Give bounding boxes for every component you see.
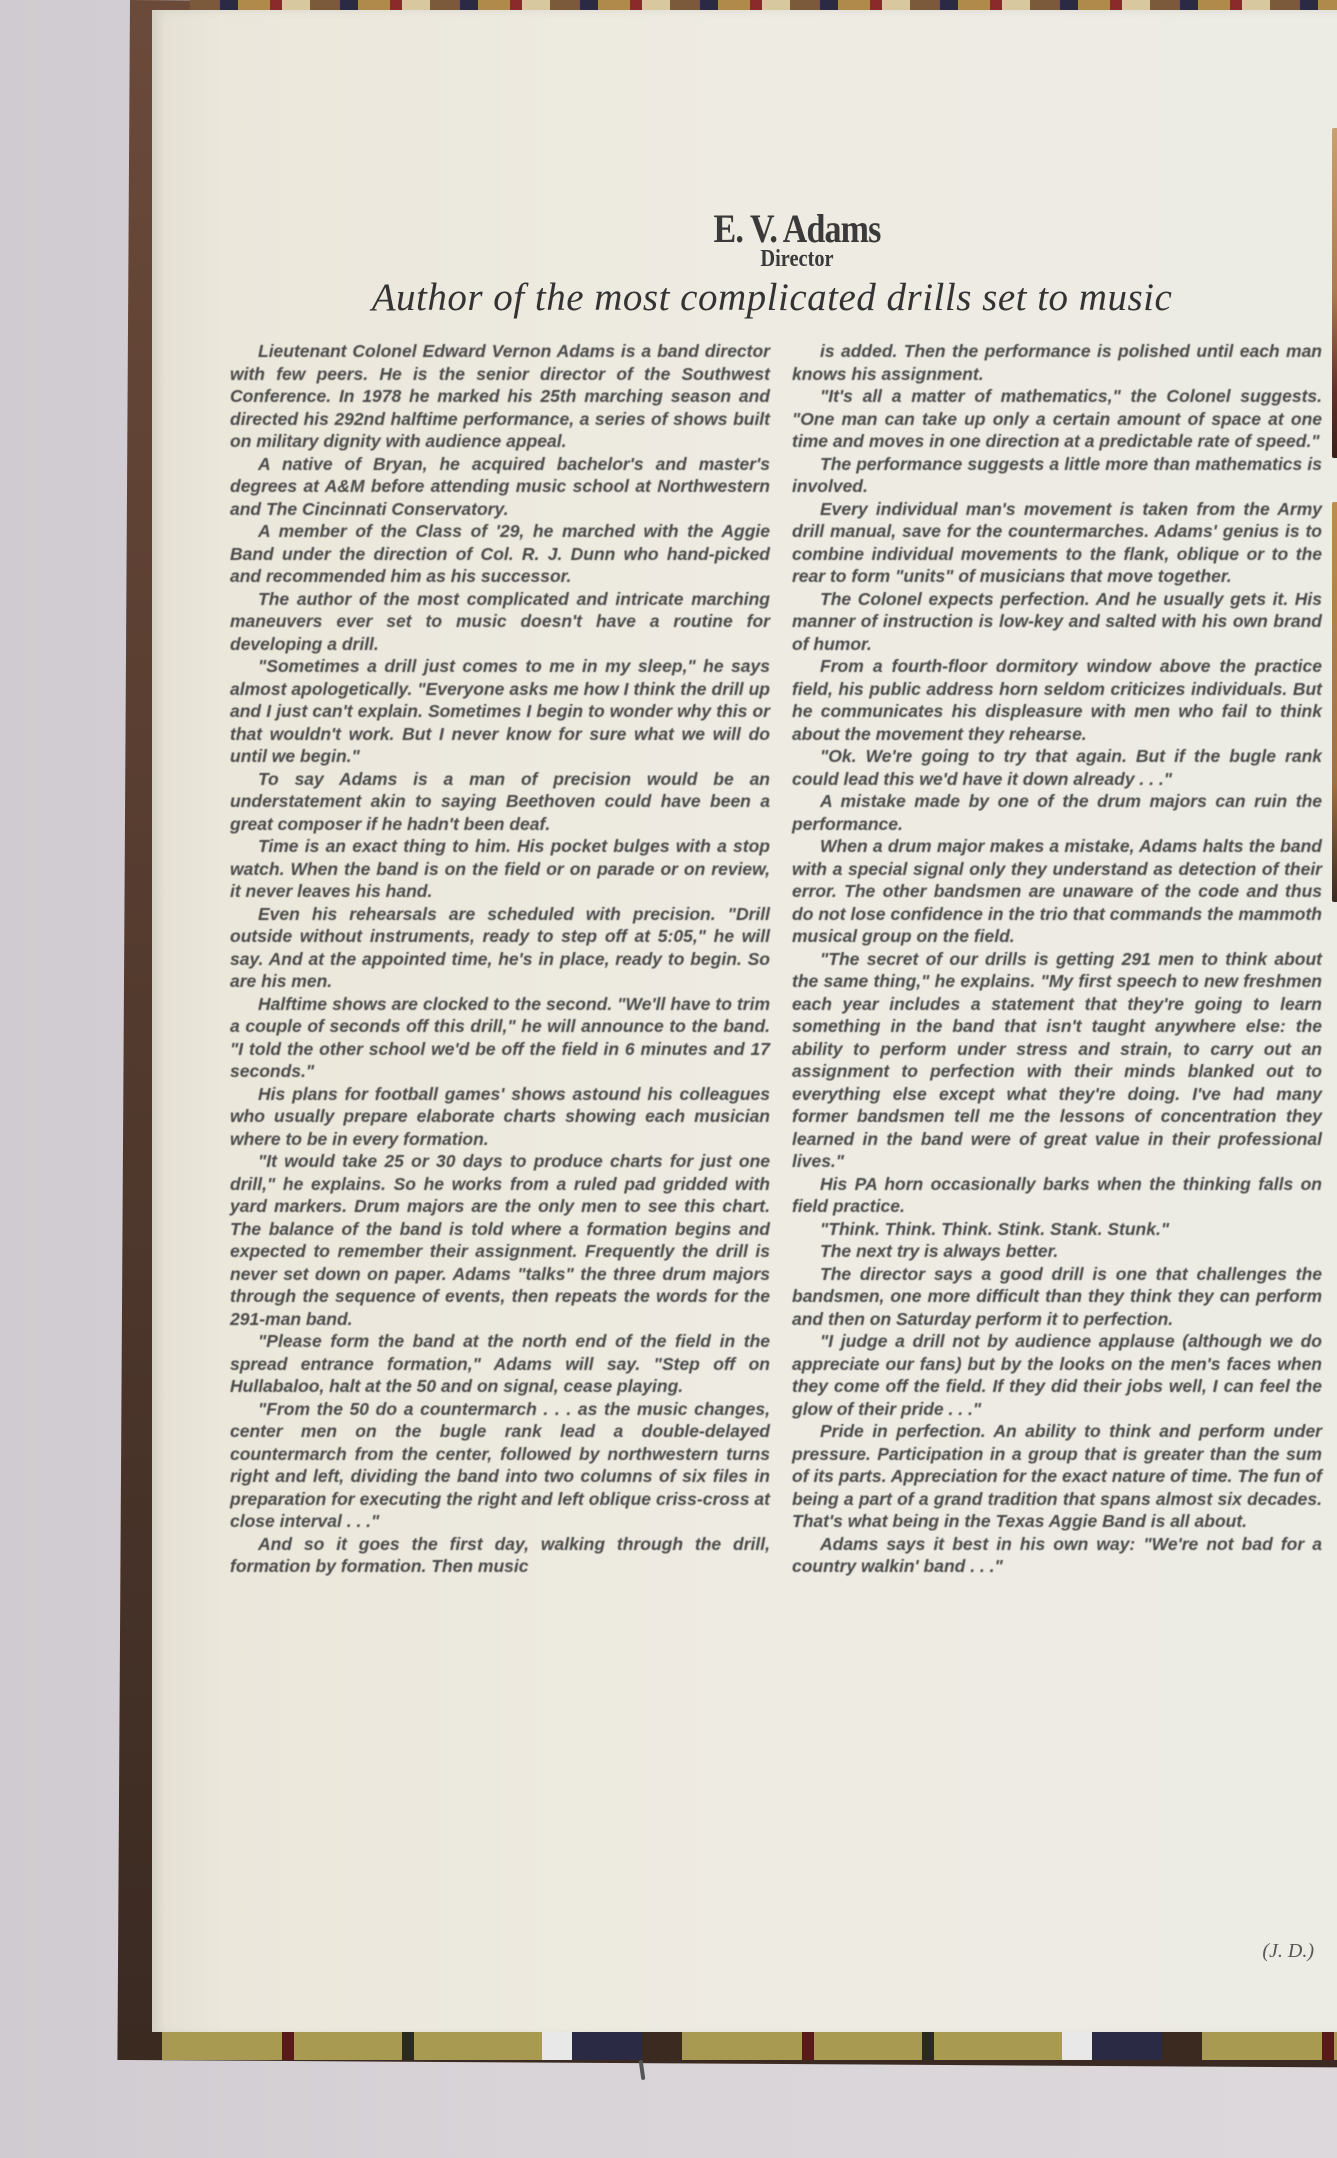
paragraph: When a drum major makes a mistake, Adams… (792, 835, 1322, 948)
author-initials: (J. D.) (1262, 1940, 1314, 1963)
book-edge-bottom (122, 2032, 1337, 2060)
paragraph: And so it goes the first day, walking th… (230, 1533, 770, 1578)
paragraph: The Colonel expects perfection. And he u… (792, 588, 1322, 656)
paragraph: "Sometimes a drill just comes to me in m… (230, 655, 770, 768)
paragraph: "Ok. We're going to try that again. But … (792, 745, 1322, 790)
paragraph: "Please form the band at the north end o… (230, 1330, 770, 1398)
paragraph: The next try is always better. (792, 1240, 1322, 1263)
paragraph: The author of the most complicated and i… (230, 588, 770, 656)
article-header: E. V. Adams Director Author of the most … (152, 205, 1337, 320)
paragraph: Time is an exact thing to him. His pocke… (230, 835, 770, 903)
paragraph: A member of the Class of '29, he marched… (230, 520, 770, 588)
paragraph: "I judge a drill not by audience applaus… (792, 1330, 1322, 1420)
paragraph: is added. Then the performance is polish… (792, 340, 1322, 385)
paragraph: Adams says it best in his own way: "We'r… (792, 1533, 1322, 1578)
right-column: is added. Then the performance is polish… (792, 340, 1322, 1578)
paragraph: The director says a good drill is one th… (792, 1263, 1322, 1331)
paragraph: Even his rehearsals are scheduled with p… (230, 903, 770, 993)
paragraph: Halftime shows are clocked to the second… (230, 993, 770, 1083)
paragraph: "Think. Think. Think. Stink. Stank. Stun… (792, 1218, 1322, 1241)
paragraph: "The secret of our drills is getting 291… (792, 948, 1322, 1173)
paragraph: A mistake made by one of the drum majors… (792, 790, 1322, 835)
photo-thumbnail (1332, 502, 1337, 902)
paragraph: To say Adams is a man of precision would… (230, 768, 770, 836)
person-name: E. V. Adams (325, 205, 1269, 252)
paragraph: Every individual man's movement is taken… (792, 498, 1322, 588)
paragraph: The performance suggests a little more t… (792, 453, 1322, 498)
paragraph: "It would take 25 or 30 days to produce … (230, 1150, 770, 1330)
paragraph: From a fourth-floor dormitory window abo… (792, 655, 1322, 745)
person-role: Director (325, 246, 1269, 273)
paragraph: His plans for football games' shows asto… (230, 1083, 770, 1151)
paragraph: A native of Bryan, he acquired bachelor'… (230, 453, 770, 521)
paragraph: Pride in perfection. An ability to think… (792, 1420, 1322, 1533)
paragraph: "From the 50 do a countermarch . . . as … (230, 1398, 770, 1533)
left-column: Lieutenant Colonel Edward Vernon Adams i… (230, 340, 770, 1578)
book-page: E. V. Adams Director Author of the most … (152, 10, 1337, 2035)
article-headline: Author of the most complicated drills se… (192, 275, 1337, 320)
paragraph: Lieutenant Colonel Edward Vernon Adams i… (230, 340, 770, 453)
paragraph: "It's all a matter of mathematics," the … (792, 385, 1322, 453)
paragraph: His PA horn occasionally barks when the … (792, 1173, 1322, 1218)
